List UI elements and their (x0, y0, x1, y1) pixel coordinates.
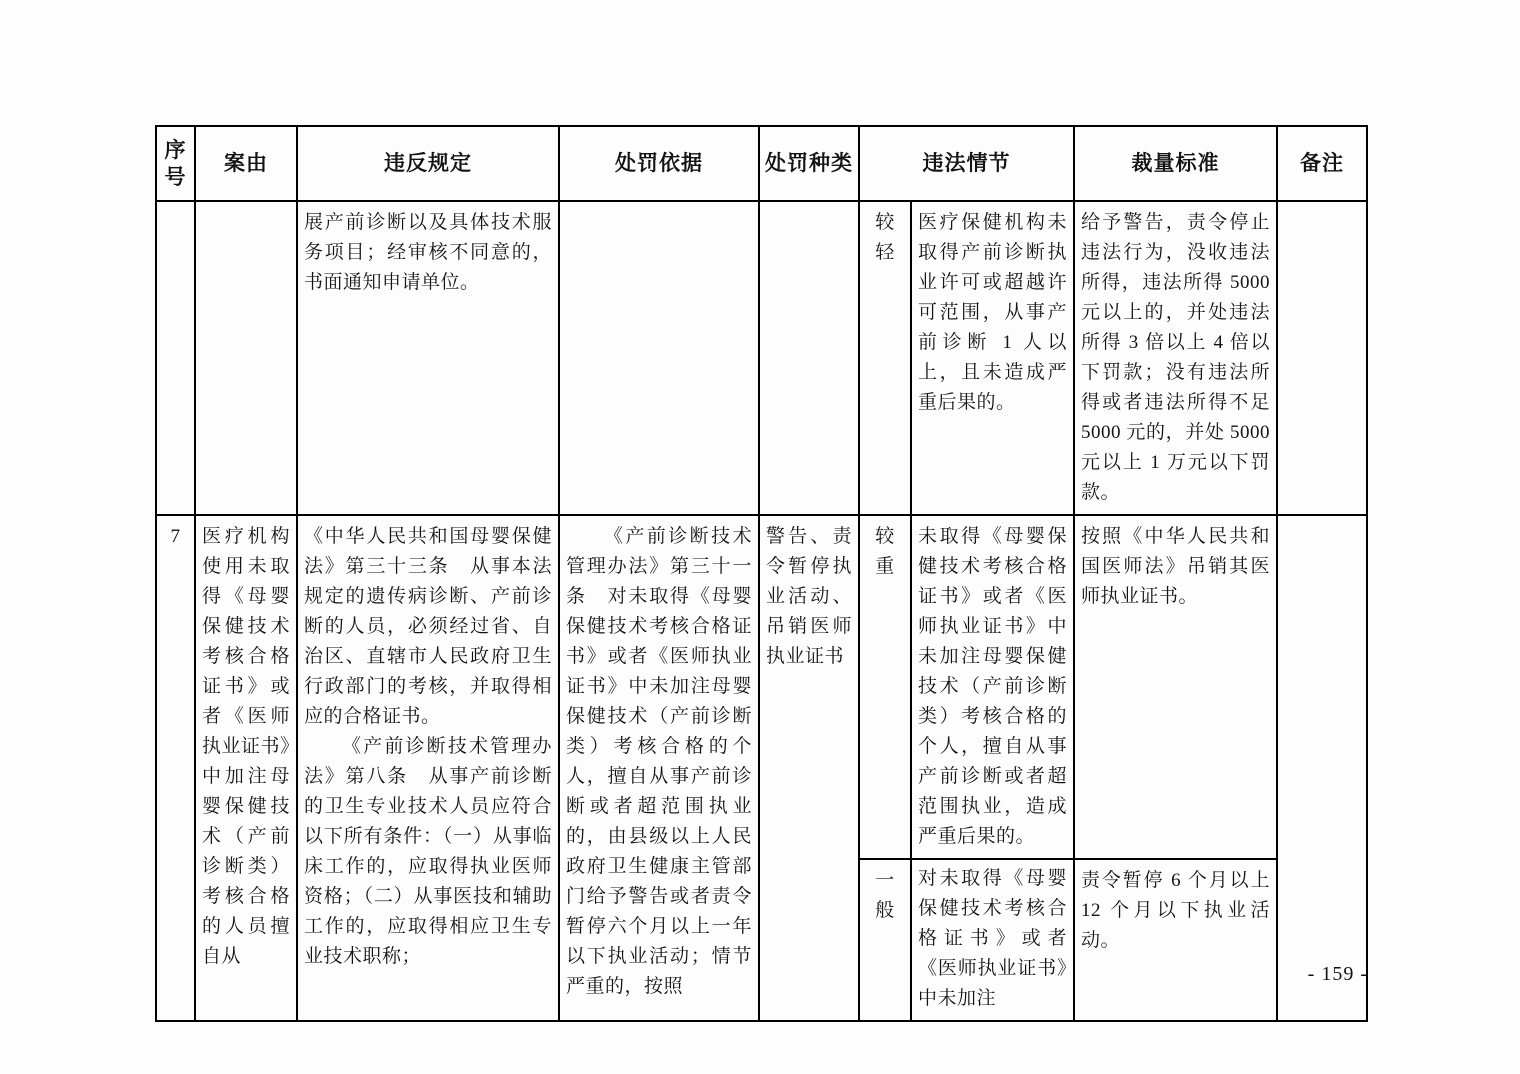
cell-circumstance-description: 对未取得《母婴保健技术考核合格证书》或者《医师执业证书》中未加注 (911, 859, 1074, 1021)
violation-paragraph-2: 《产前诊断技术管理办法》第八条 从事产前诊断的卫生专业技术人员应符合以下所有条件… (304, 732, 552, 972)
cell-severity: 较重 (859, 515, 911, 859)
penalty-type-text: 警告、责令暂停执业活动、吊销医师执业证书 (766, 522, 852, 672)
table-row: 7 医疗机构使用未取得《母婴保健技术考核合格证书》或者《医师执业证书》中加注母婴… (156, 515, 1367, 859)
standard-text: 责令暂停 6 个月以上 12 个月以下执业活动。 (1081, 866, 1270, 956)
header-remark: 备注 (1277, 126, 1367, 201)
standard-text: 按照《中华人民共和国医师法》吊销其医师执业证书。 (1081, 522, 1270, 612)
header-case: 案由 (195, 126, 297, 201)
circumstance-text: 对未取得《母婴保健技术考核合格证书》或者《医师执业证书》中未加注 (918, 864, 1067, 1014)
cell-penalty-type (759, 201, 859, 515)
table-row: 展产前诊断以及具体技术服务项目；经审核不同意的，书面通知申请单位。 较轻 医疗保… (156, 201, 1367, 515)
cell-case: 医疗机构使用未取得《母婴保健技术考核合格证书》或者《医师执业证书》中加注母婴保健… (195, 515, 297, 1021)
cell-circumstance-description: 医疗保健机构未取得产前诊断执业许可或超越许可范围，从事产前诊断 1 人以上，且未… (911, 201, 1074, 515)
penalty-discretion-table: 序号 案由 违反规定 处罚依据 处罚种类 违法情节 裁量标准 备注 展产前诊断以… (155, 125, 1368, 1022)
cell-penalty-type: 警告、责令暂停执业活动、吊销医师执业证书 (759, 515, 859, 1021)
cell-remark (1277, 515, 1367, 1021)
violation-paragraph-1: 《中华人民共和国母婴保健法》第三十三条 从事本法规定的遗传病诊断、产前诊断的人员… (304, 522, 552, 732)
header-circumstances: 违法情节 (859, 126, 1074, 201)
circumstance-text: 未取得《母婴保健技术考核合格证书》或者《医师执业证书》中未加注母婴保健技术（产前… (918, 522, 1067, 852)
cell-basis: 《产前诊断技术管理办法》第三十一条 对未取得《母婴保健技术考核合格证书》或者《医… (559, 515, 759, 1021)
cell-violation: 《中华人民共和国母婴保健法》第三十三条 从事本法规定的遗传病诊断、产前诊断的人员… (297, 515, 559, 1021)
violation-text: 展产前诊断以及具体技术服务项目；经审核不同意的，书面通知申请单位。 (304, 208, 552, 298)
header-basis: 处罚依据 (559, 126, 759, 201)
cell-basis (559, 201, 759, 515)
cell-case (195, 201, 297, 515)
page-number: - 159 - (1140, 963, 1368, 986)
header-seq: 序号 (156, 126, 195, 201)
cell-standard: 责令暂停 6 个月以上 12 个月以下执业活动。 (1074, 859, 1277, 1021)
cell-seq: 7 (156, 515, 195, 1021)
header-penalty-type: 处罚种类 (759, 126, 859, 201)
cell-standard: 按照《中华人民共和国医师法》吊销其医师执业证书。 (1074, 515, 1277, 859)
table-header-row: 序号 案由 违反规定 处罚依据 处罚种类 违法情节 裁量标准 备注 (156, 126, 1367, 201)
cell-violation: 展产前诊断以及具体技术服务项目；经审核不同意的，书面通知申请单位。 (297, 201, 559, 515)
cell-severity: 较轻 (859, 201, 911, 515)
cell-remark (1277, 201, 1367, 515)
cell-circumstance-description: 未取得《母婴保健技术考核合格证书》或者《医师执业证书》中未加注母婴保健技术（产前… (911, 515, 1074, 859)
cell-severity: 一般 (859, 859, 911, 1021)
document-page: 序号 案由 违反规定 处罚依据 处罚种类 违法情节 裁量标准 备注 展产前诊断以… (0, 0, 1520, 1074)
circumstance-text: 医疗保健机构未取得产前诊断执业许可或超越许可范围，从事产前诊断 1 人以上，且未… (918, 208, 1067, 418)
standard-text: 给予警告，责令停止违法行为，没收违法所得，违法所得 5000 元以上的，并处违法… (1081, 208, 1270, 508)
cell-seq (156, 201, 195, 515)
case-text: 医疗机构使用未取得《母婴保健技术考核合格证书》或者《医师执业证书》中加注母婴保健… (202, 522, 290, 972)
basis-text: 《产前诊断技术管理办法》第三十一条 对未取得《母婴保健技术考核合格证书》或者《医… (566, 522, 752, 1002)
cell-standard: 给予警告，责令停止违法行为，没收违法所得，违法所得 5000 元以上的，并处违法… (1074, 201, 1277, 515)
header-violation: 违反规定 (297, 126, 559, 201)
header-standard: 裁量标准 (1074, 126, 1277, 201)
